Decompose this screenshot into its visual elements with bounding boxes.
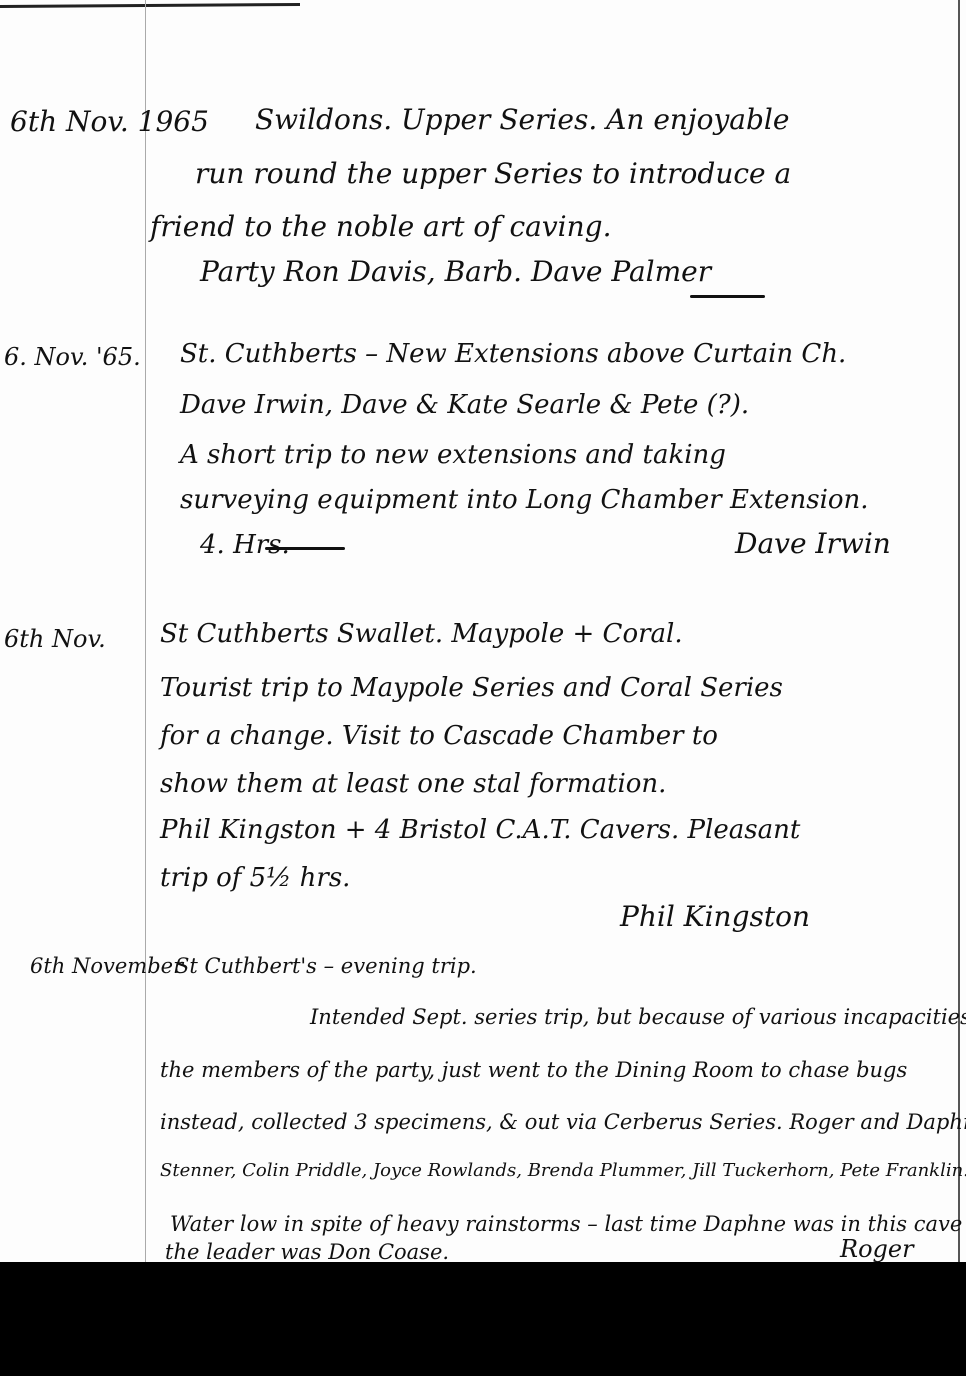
scan-border-bottom <box>0 1262 966 1376</box>
entry-line: Swildons. Upper Series. An enjoyable <box>255 103 789 136</box>
entry-heading: St Cuthbert's – evening trip. <box>175 954 477 978</box>
entry-line: run round the upper Series to introduce … <box>195 157 791 190</box>
entry-line: Party Ron Davis, Barb. Dave Palmer <box>200 255 711 288</box>
log-page: 6th Nov. 1965 Swildons. Upper Series. An… <box>0 0 966 1262</box>
entry-date: 6th Nov. <box>4 625 106 653</box>
entry-end-mark <box>690 295 765 298</box>
entry-line: Intended Sept. series trip, but because … <box>310 1005 966 1029</box>
entry-line: St Cuthberts Swallet. Maypole + Coral. <box>160 619 683 649</box>
entry-line: show them at least one stal formation. <box>160 769 666 799</box>
entry-signature: Dave Irwin <box>735 527 891 560</box>
margin-line <box>145 0 146 1262</box>
hours-underline <box>265 547 345 550</box>
entry-line: A short trip to new extensions and takin… <box>180 440 726 470</box>
entry-date: 6th November <box>30 954 183 978</box>
entry-line: Dave Irwin, Dave & Kate Searle & Pete (?… <box>180 390 749 420</box>
entry-line: Tourist trip to Maypole Series and Coral… <box>160 673 783 703</box>
entry-signature: Phil Kingston <box>620 900 810 933</box>
entry-line: Water low in spite of heavy rainstorms –… <box>170 1212 962 1236</box>
entry-date: 6th Nov. 1965 <box>10 105 209 138</box>
entry-date: 6. Nov. '65. <box>4 343 141 371</box>
entry-line: the leader was Don Coase. <box>165 1240 449 1264</box>
page-edge <box>958 0 960 1262</box>
top-rule <box>0 3 300 8</box>
entry-signature: Roger <box>840 1235 914 1263</box>
entry-line: trip of 5½ hrs. <box>160 863 350 893</box>
entry-line: 4. Hrs. <box>200 530 290 560</box>
entry-line: for a change. Visit to Cascade Chamber t… <box>160 721 718 751</box>
entry-line: the members of the party, just went to t… <box>160 1058 907 1082</box>
entry-line: Phil Kingston + 4 Bristol C.A.T. Cavers.… <box>160 815 800 845</box>
entry-line: instead, collected 3 specimens, & out vi… <box>160 1110 966 1134</box>
entry-line: friend to the noble art of caving. <box>150 210 612 243</box>
entry-line: St. Cuthberts – New Extensions above Cur… <box>180 339 846 369</box>
entry-line: Stenner, Colin Priddle, Joyce Rowlands, … <box>160 1160 966 1181</box>
entry-line: surveying equipment into Long Chamber Ex… <box>180 485 869 515</box>
